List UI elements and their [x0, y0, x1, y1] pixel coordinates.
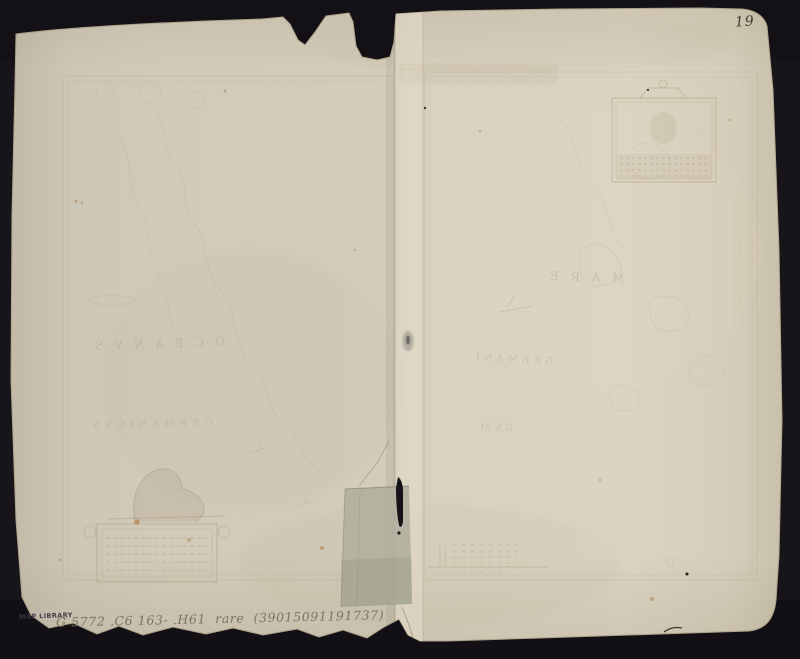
scan-artwork: [0, 0, 800, 659]
center-smudge: [403, 331, 414, 351]
map-verso-scan: 19 MAP LIBRARY G 5772 .C6 163- .H61 rare…: [0, 0, 800, 659]
